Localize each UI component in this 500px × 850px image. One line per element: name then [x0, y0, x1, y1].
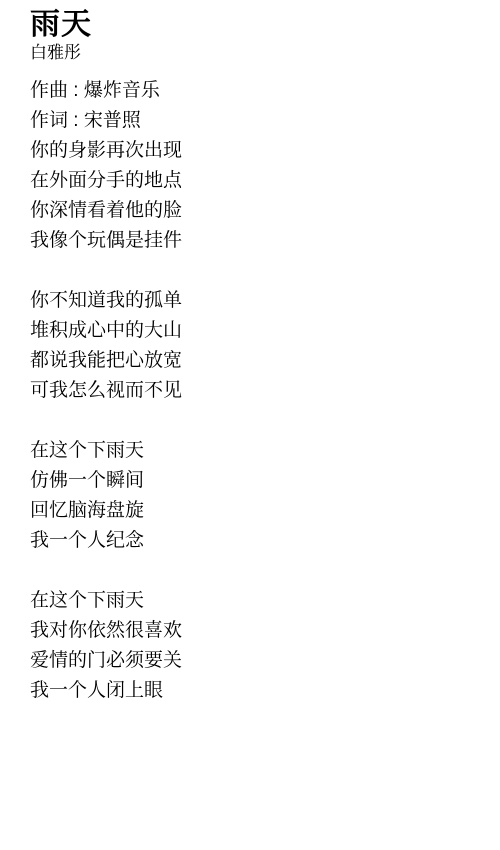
lyric-line: 我对你依然很喜欢	[30, 616, 480, 646]
lyric-line: 你的身影再次出现	[30, 136, 480, 166]
lyric-line	[30, 256, 480, 286]
lyric-line: 作词 : 宋普照	[30, 106, 480, 136]
lyric-line: 我像个玩偶是挂件	[30, 226, 480, 256]
lyric-line: 在外面分手的地点	[30, 166, 480, 196]
song-title: 雨天	[30, 8, 480, 42]
lyric-line: 作曲 : 爆炸音乐	[30, 76, 480, 106]
lyric-line: 在这个下雨天	[30, 586, 480, 616]
lyric-line: 我一个人闭上眼	[30, 676, 480, 706]
lyric-line: 堆积成心中的大山	[30, 316, 480, 346]
lyric-line: 仿佛一个瞬间	[30, 466, 480, 496]
lyric-line: 我一个人纪念	[30, 526, 480, 556]
artist-name: 白雅彤	[30, 42, 480, 64]
lyric-line: 你不知道我的孤单	[30, 286, 480, 316]
lyric-line: 可我怎么视而不见	[30, 376, 480, 406]
lyrics-page: 雨天 白雅彤 作曲 : 爆炸音乐作词 : 宋普照你的身影再次出现在外面分手的地点…	[0, 0, 500, 850]
lyric-line: 回忆脑海盘旋	[30, 496, 480, 526]
lyric-line	[30, 556, 480, 586]
lyric-line: 你深情看着他的脸	[30, 196, 480, 226]
lyric-line: 都说我能把心放宽	[30, 346, 480, 376]
lyric-line: 在这个下雨天	[30, 436, 480, 466]
lyrics-body: 作曲 : 爆炸音乐作词 : 宋普照你的身影再次出现在外面分手的地点你深情看着他的…	[30, 76, 480, 706]
lyric-line	[30, 406, 480, 436]
lyric-line: 爱情的门必须要关	[30, 646, 480, 676]
